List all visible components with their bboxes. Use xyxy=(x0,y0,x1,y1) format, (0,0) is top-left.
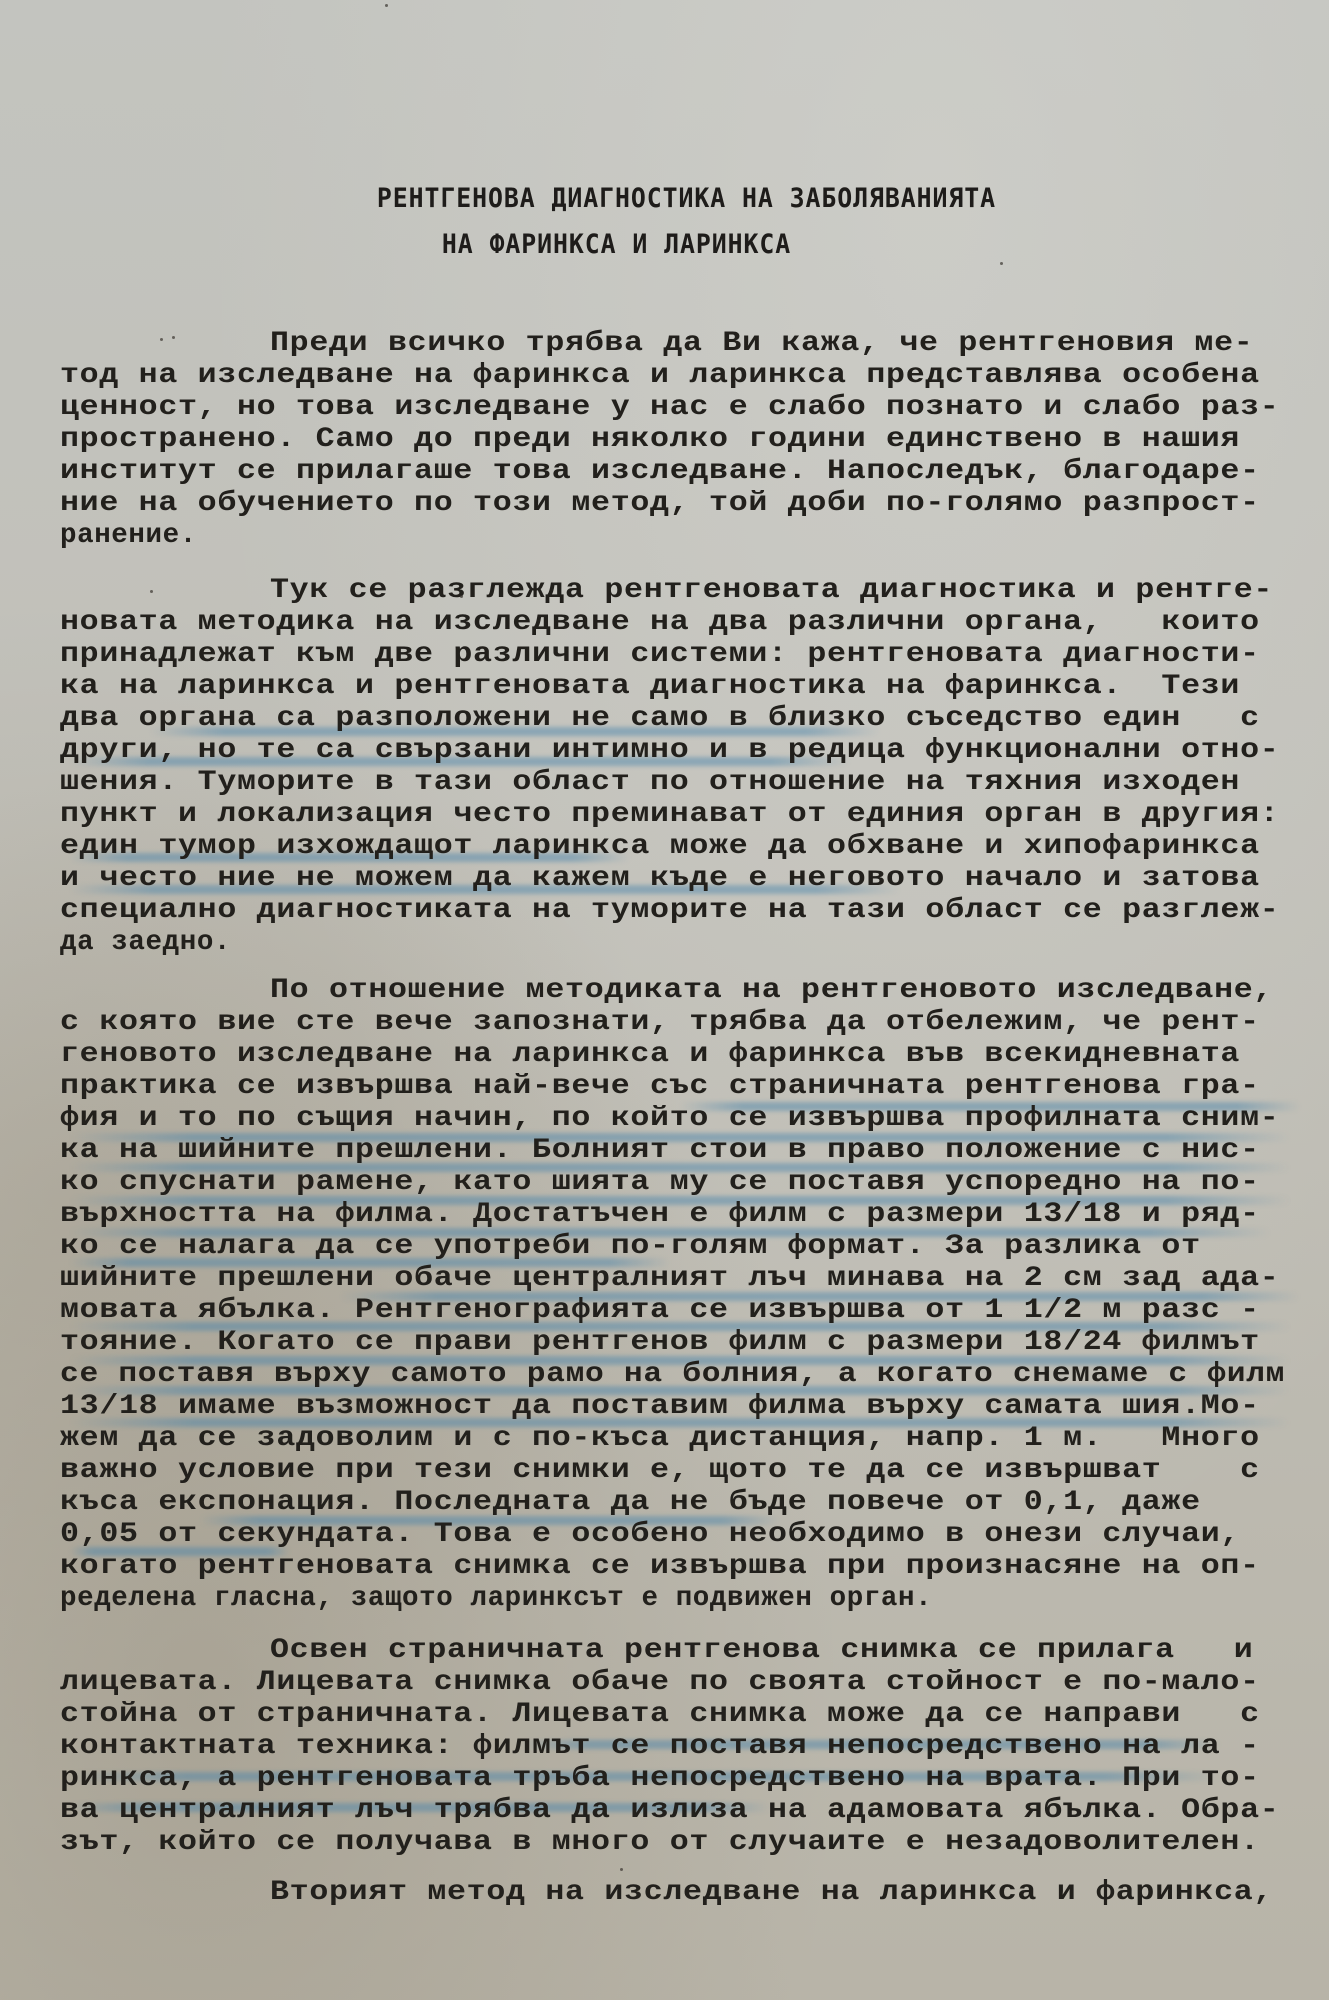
paragraph-2-line: шения. Туморите в тази област по отношен… xyxy=(60,767,1240,799)
paper-speck xyxy=(460,595,463,598)
paper-speck xyxy=(172,336,175,339)
paragraph-3-line: с която вие сте вече запознати, трябва д… xyxy=(60,1007,1260,1039)
paragraph-3-line: когато рентгеновата снимка се извършва п… xyxy=(60,1551,1260,1583)
paragraph-4-line: зът, който се получава в много от случаи… xyxy=(60,1827,1260,1859)
paragraph-1-line: тод на изследване на фаринкса и ларинкса… xyxy=(60,360,1260,392)
paper-speck xyxy=(150,590,153,593)
paragraph-2-line: пункт и локализация често преминават от … xyxy=(60,799,1279,831)
paragraph-3-line: По отношение методиката на рентгеновото … xyxy=(270,975,1273,1007)
paragraph-3-line: мовата ябълка. Рентгенографията се извър… xyxy=(60,1295,1260,1327)
paragraph-3-line: важно условие при тези снимки е, щото те… xyxy=(60,1455,1260,1487)
title-line-1: РЕНТГЕНОВА ДИАГНОСТИКА НА ЗАБОЛЯВАНИЯТА xyxy=(75,183,1298,214)
paragraph-1-line: ценност, но това изследване у нас е слаб… xyxy=(60,392,1279,424)
paragraph-3-line: практика се извършва най-вече със страни… xyxy=(60,1071,1260,1103)
paragraph-1-line: институт се прилагаше това изследване. Н… xyxy=(60,456,1260,488)
paper-speck xyxy=(1000,262,1003,265)
typewritten-page: РЕНТГЕНОВА ДИАГНОСТИКА НА ЗАБОЛЯВАНИЯТА … xyxy=(0,0,1329,2000)
paragraph-3-line: къса експонация. Последната да не бъде п… xyxy=(60,1487,1201,1519)
paragraph-3-line: се поставя върху самото рамо на болния, … xyxy=(60,1359,1285,1391)
paragraph-3-line: тояние. Когато се прави рентгенов филм с… xyxy=(60,1327,1260,1359)
paragraph-3-line: ределена гласна, защото ларинксът е подв… xyxy=(60,1583,932,1615)
paragraph-3-line: върхността на филма. Достатъчен е филм с… xyxy=(60,1199,1260,1231)
paragraph-3-line: 0,05 от секундата. Това е особено необхо… xyxy=(60,1519,1240,1551)
paragraph-3-line: геновото изследване на ларинкса и фаринк… xyxy=(60,1039,1240,1071)
paper-speck xyxy=(385,4,388,7)
paragraph-2-line: и често ние не можем да кажем къде е нег… xyxy=(60,863,1260,895)
paragraph-2-line: един тумор изхождащот ларинкса може да о… xyxy=(60,831,1260,863)
paragraph-1-line: Преди всичко трябва да Ви кажа, че рентг… xyxy=(270,328,1253,360)
paragraph-3-line: ка на шийните прешлени. Болният стои в п… xyxy=(60,1135,1260,1167)
paragraph-3-line: 13/18 имаме възможност да поставим филма… xyxy=(60,1391,1260,1423)
paragraph-1-line: ранение. xyxy=(60,520,197,552)
paragraph-1-line: пространено. Само до преди няколко годин… xyxy=(60,424,1240,456)
paragraph-4-line: ринкса, а рентгеновата тръба непосредств… xyxy=(60,1763,1260,1795)
paragraph-2-line: ка на ларинкса и рентгеновата диагностик… xyxy=(60,671,1240,703)
paragraph-2-line: специално диагностиката на туморите на т… xyxy=(60,895,1279,927)
paragraph-3-line: фия и то по същия начин, по който се изв… xyxy=(60,1103,1279,1135)
paragraph-2-line: Тук се разглежда рентгеновата диагностик… xyxy=(270,575,1273,607)
title-line-2: НА ФАРИНКСА И ЛАРИНКСА xyxy=(5,229,1228,260)
paper-speck xyxy=(160,338,163,341)
paragraph-3-line: ко спуснати рамене, като шията му се пос… xyxy=(60,1167,1260,1199)
paragraph-2-line: принадлежат към две различни системи: ре… xyxy=(60,639,1260,671)
paragraph-3-line: жем да се задоволим и с по-къса дистанци… xyxy=(60,1423,1260,1455)
paragraph-4-line: ва централният лъч трябва да излиза на а… xyxy=(60,1795,1279,1827)
paragraph-4-line: контактната техника: филмът се поставя н… xyxy=(60,1731,1260,1763)
paragraph-3-line: шийните прешлени обаче централният лъч м… xyxy=(60,1263,1279,1295)
paragraph-2-line: новата методика на изследване на два раз… xyxy=(60,607,1260,639)
paragraph-2-line: други, но те са свързани интимно и в ред… xyxy=(60,735,1279,767)
paragraph-2-line: да заедно. xyxy=(60,927,231,959)
paragraph-2-line: два органа са разположени не само в близ… xyxy=(60,703,1260,735)
paragraph-4-line: Освен страничната рентгенова снимка се п… xyxy=(270,1635,1253,1667)
paragraph-1-line: ние на обучението по този метод, той доб… xyxy=(60,488,1260,520)
paragraph-3-line: ко се налага да се употреби по-голям фор… xyxy=(60,1231,1201,1263)
paragraph-4-line: лицевата. Лицевата снимка обаче по своят… xyxy=(60,1667,1260,1699)
paper-speck xyxy=(620,1868,623,1871)
paragraph-4-line: стойна от страничната. Лицевата снимка м… xyxy=(60,1699,1260,1731)
paragraph-5-line: Вторият метод на изследване на ларинкса … xyxy=(270,1877,1273,1909)
